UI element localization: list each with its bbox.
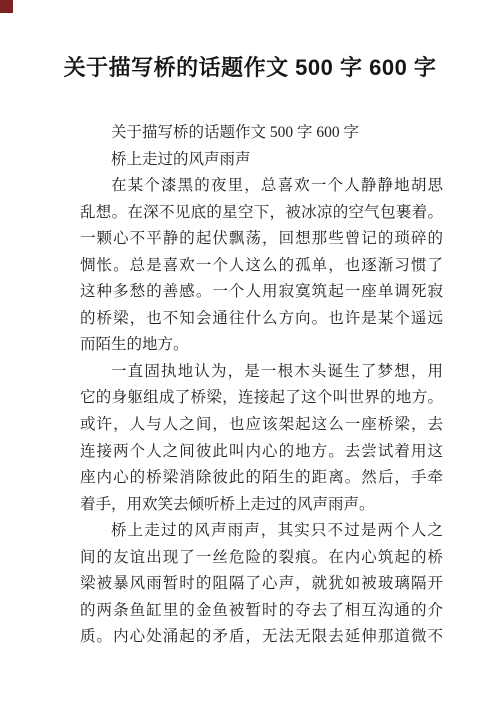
text-line: 桥上走过的风声雨声 — [80, 147, 443, 174]
text-line: 它的身躯组成了桥梁，连接起了这个叫世界的地方。 — [80, 385, 443, 412]
text-line: 的两条鱼缸里的金鱼被暂时的夺去了相互沟通的介 — [80, 598, 443, 625]
text-line: 梁被暴风雨暂时的阻隔了心声，就犹如被玻璃隔开 — [80, 571, 443, 598]
text-line: 关于描写桥的话题作文 500 字 600 字 — [80, 120, 443, 147]
text-line: 间的友谊出现了一丝危险的裂痕。在内心筑起的桥 — [80, 545, 443, 572]
text-line: 着手，用欢笑去倾听桥上走过的风声雨声。 — [80, 492, 443, 519]
text-line: 这种多愁的善感。一个人用寂寞筑起一座单调死寂 — [80, 279, 443, 306]
text-line: 在某个漆黑的夜里，总喜欢一个人静静地胡思 — [80, 173, 443, 200]
text-line: 乱想。在深不见底的星空下，被冰凉的空气包裹着。 — [80, 200, 443, 227]
corner-marker — [0, 0, 13, 13]
text-line: 一颗心不平静的起伏飘荡，回想那些曾记的琐碎的 — [80, 226, 443, 253]
text-line: 或许，人与人之间，也应该架起这么一座桥梁，去 — [80, 412, 443, 439]
text-line: 的桥梁，也不知会通往什么方向。也许是某个遥远 — [80, 306, 443, 333]
text-line: 质。内心处涌起的矛盾，无法无限去延伸那道微不 — [80, 624, 443, 651]
text-line: 而陌生的地方。 — [80, 332, 443, 359]
text-line: 一直固执地认为，是一根木头诞生了梦想，用 — [80, 359, 443, 386]
text-line: 连接两个人之间彼此叫内心的地方。去尝试着用这 — [80, 439, 443, 466]
document-page: 关于描写桥的话题作文 500 字 600 字 关于描写桥的话题作文 500 字 … — [0, 0, 500, 707]
text-line: 座内心的桥梁消除彼此的陌生的距离。然后，手牵 — [80, 465, 443, 492]
text-line: 惆怅。总是喜欢一个人这么的孤单，也逐渐习惯了 — [80, 253, 443, 280]
text-line: 桥上走过的风声雨声，其实只不过是两个人之 — [80, 518, 443, 545]
document-body: 关于描写桥的话题作文 500 字 600 字 桥上走过的风声雨声 在某个漆黑的夜… — [80, 120, 443, 651]
document-title: 关于描写桥的话题作文 500 字 600 字 — [0, 52, 500, 84]
